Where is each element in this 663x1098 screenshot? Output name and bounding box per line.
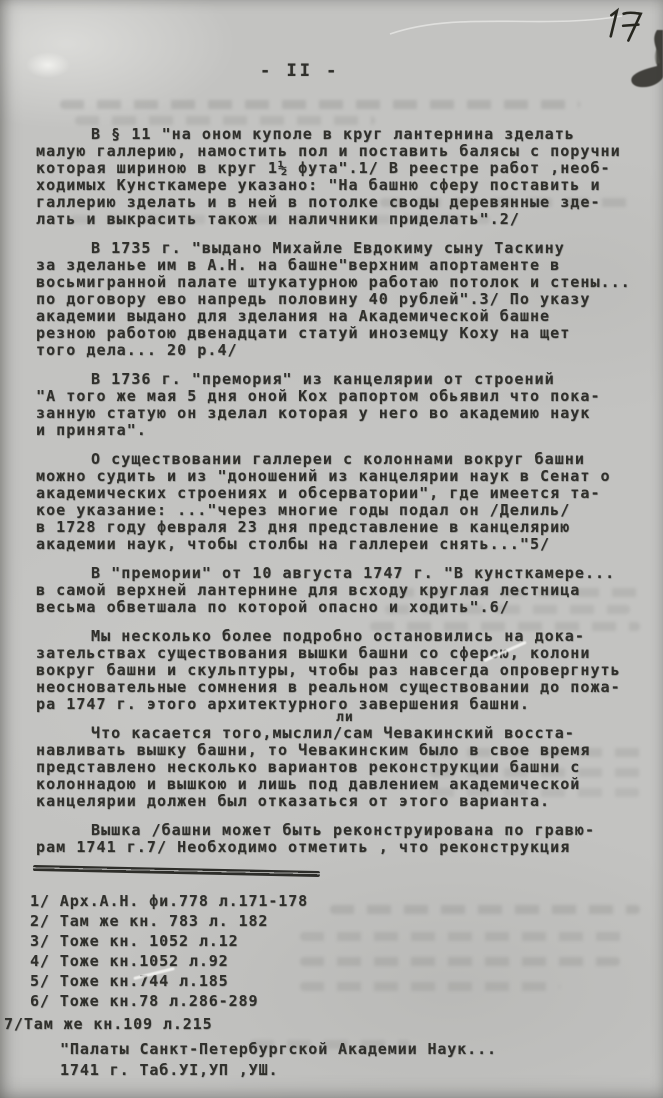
- paragraph-4: О существовании галлереи с колоннами вок…: [36, 451, 650, 553]
- footnotes: 1/ Арх.А.Н. фи.778 л.171-178 2/ Там же к…: [30, 891, 497, 1081]
- paragraph-1: В § 11 "на оном куполе в круг лантернина…: [36, 126, 650, 228]
- bleedthrough-line: [75, 116, 375, 125]
- bleedthrough-line: [60, 100, 580, 109]
- inserted-word: ли: [336, 710, 354, 725]
- paragraph-5: В "премории" от 10 августа 1747 г. "В ку…: [36, 565, 650, 616]
- footnote-6: 6/ Тоже кн.78 л.286-289: [30, 991, 497, 1011]
- footnote-7: 7/Там же кн.109 л.215: [4, 1014, 497, 1034]
- footnote-2: 2/ Там же кн. 783 л. 182: [30, 911, 497, 931]
- paragraph-3: В 1736 г. "премория" из канцелярии от ст…: [36, 371, 650, 439]
- paragraph-7: Что касается того,мыслил/сам Чевакинский…: [36, 725, 650, 810]
- paragraph-8: Вышка /башни может быть реконструирована…: [36, 822, 650, 856]
- page-number: - II -: [260, 61, 339, 81]
- document-body: В § 11 "на оном куполе в круг лантернина…: [36, 126, 650, 868]
- source-quote-line-1: "Палаты Санкт-Петербургской Академии Нау…: [60, 1039, 497, 1060]
- paragraph-2: В 1735 г. "выдано Михайле Евдокиму сыну …: [36, 240, 650, 359]
- ink-blob: [626, 30, 663, 92]
- paragraph-6: Мы несколько более подробно остановились…: [36, 628, 650, 713]
- crease-line: [0, 0, 663, 60]
- scanned-page: - II - В § 11 "на оном куполе в круг лан…: [0, 0, 663, 1098]
- footnote-1: 1/ Арх.А.Н. фи.778 л.171-178: [30, 891, 497, 911]
- source-quote-line-2: 1741 г. Таб.УІ,УП ,УШ.: [60, 1060, 497, 1081]
- footnote-5: 5/ Тоже кн.744 л.185: [30, 971, 497, 991]
- footnote-3: 3/ Тоже кн. 1052 л.12: [30, 931, 497, 951]
- footnote-4: 4/ Тоже кн.1052 л.92: [30, 951, 497, 971]
